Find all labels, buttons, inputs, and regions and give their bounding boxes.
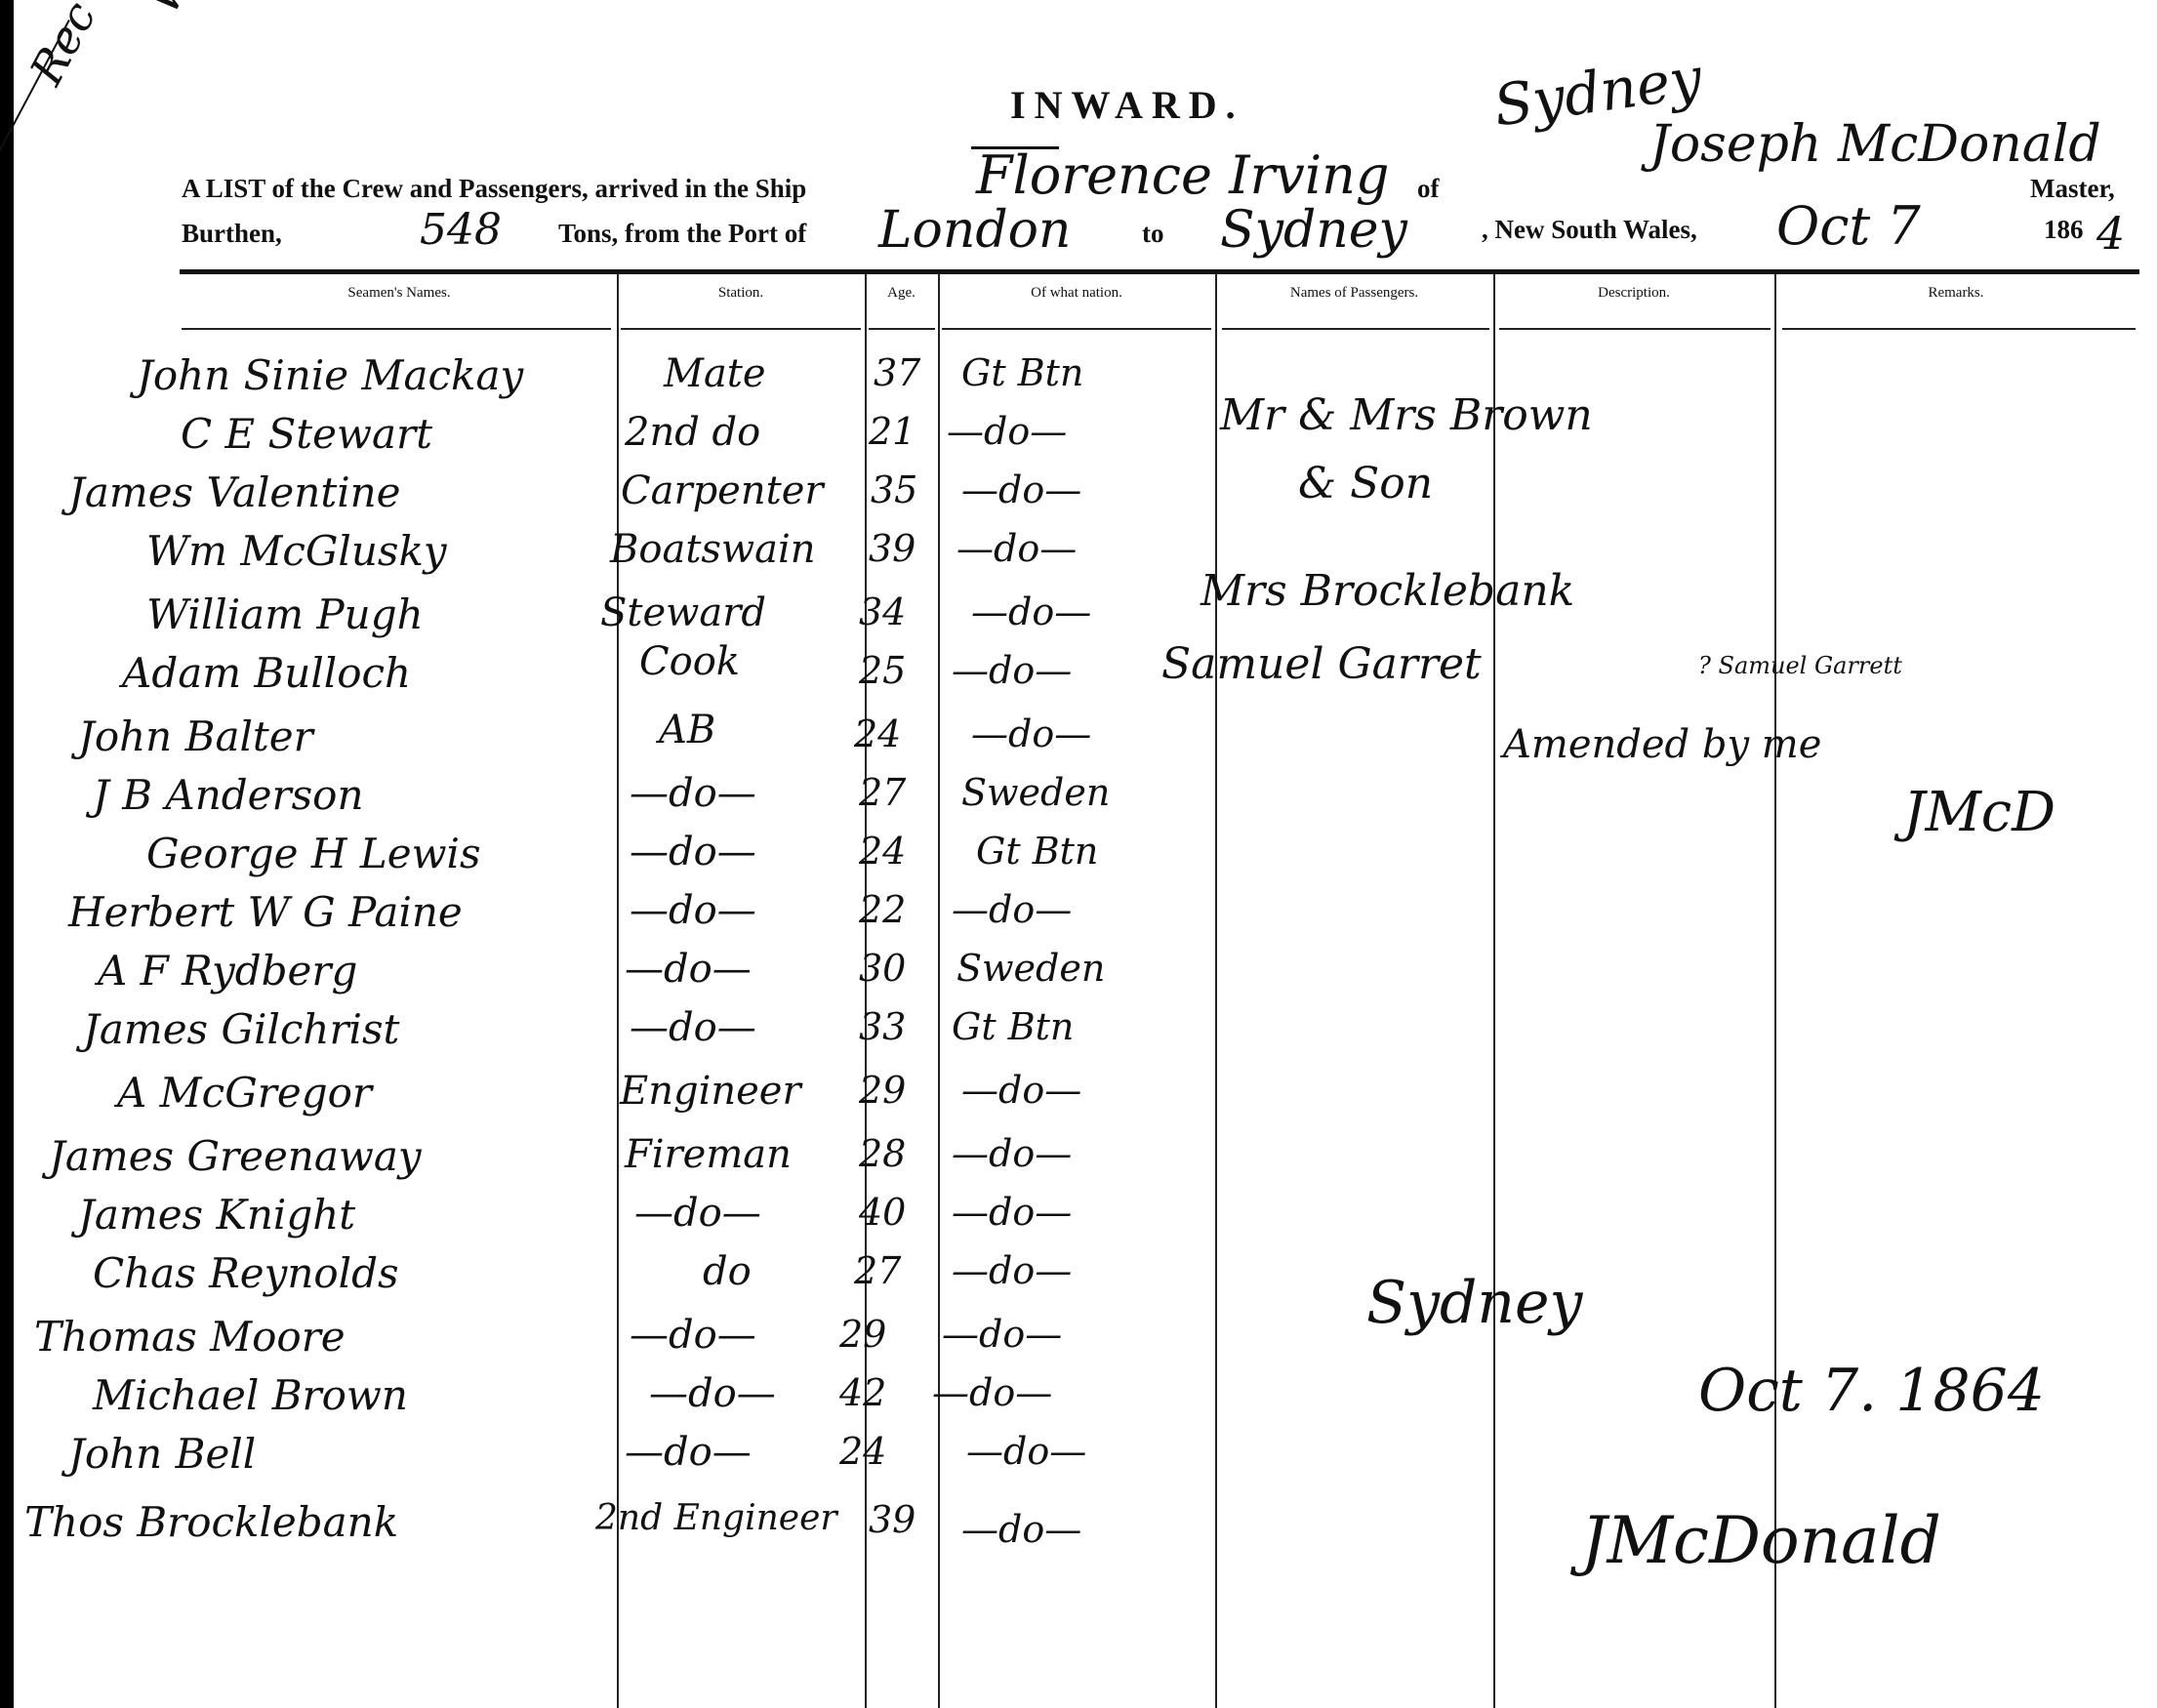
seaman-station: —do— <box>630 771 756 816</box>
signing-place: Sydney <box>1366 1269 1582 1337</box>
burthen-label: Burthen, <box>182 219 282 249</box>
column-divider <box>1215 273 1217 1708</box>
seaman-age: 27 <box>854 1249 901 1292</box>
seaman-name: George H Lewis <box>146 830 481 877</box>
seaman-station: Mate <box>664 351 766 396</box>
master-label: Master, <box>2030 174 2115 204</box>
seaman-name: C E Stewart <box>181 410 432 458</box>
seaman-name: John Bell <box>68 1430 256 1478</box>
column-header-passengers: Names of Passengers. <box>1215 285 1493 302</box>
seaman-name: Adam Bulloch <box>122 649 411 697</box>
column-header-station: Station. <box>617 285 865 302</box>
seaman-name: James Greenaway <box>49 1132 422 1180</box>
seaman-nation: —do— <box>952 888 1072 931</box>
seaman-nation: —do— <box>971 590 1091 633</box>
seaman-station: 2nd do <box>625 410 760 455</box>
seaman-nation: Gt Btn <box>952 1005 1074 1048</box>
seaman-nation: —do— <box>966 1430 1086 1473</box>
seaman-station: Fireman <box>625 1132 792 1177</box>
seaman-name: John Balter <box>78 712 313 760</box>
seaman-age: 39 <box>869 1498 916 1541</box>
seaman-nation: —do— <box>932 1371 1052 1414</box>
seaman-name: Herbert W G Paine <box>68 888 463 936</box>
column-divider <box>617 273 619 1708</box>
column-divider <box>938 273 940 1708</box>
passenger-name: Mr & Mrs Brown <box>1220 390 1593 440</box>
seaman-age: 42 <box>839 1371 886 1414</box>
seaman-name: William Pugh <box>146 590 424 638</box>
scan-edge <box>0 0 14 1708</box>
column-divider <box>1493 273 1495 1708</box>
seaman-name: Chas Reynolds <box>93 1249 399 1297</box>
seaman-age: 29 <box>859 1069 906 1112</box>
from-port: London <box>878 201 1071 260</box>
seaman-nation: —do— <box>952 649 1072 692</box>
seaman-nation: Gt Btn <box>961 351 1083 394</box>
remark-correction: ? Samuel Garrett <box>1698 652 1902 679</box>
column-header-seamen: Seamen's Names. <box>182 285 617 302</box>
ship-name: Florence Irving <box>976 144 1389 206</box>
seaman-name: James Gilchrist <box>83 1005 399 1053</box>
column-header-age: Age. <box>865 285 938 302</box>
seaman-station: 2nd Engineer <box>595 1498 837 1538</box>
to-port: Sydney <box>1220 201 1407 260</box>
seaman-nation: Sweden <box>956 947 1105 990</box>
seaman-age: 24 <box>854 712 901 755</box>
header-underline <box>621 328 861 330</box>
seaman-nation: —do— <box>961 1508 1081 1551</box>
column-header-remarks: Remarks. <box>1774 285 2137 302</box>
list-heading-prefix: A LIST of the Crew and Passengers, arriv… <box>182 174 806 204</box>
seaman-age: 28 <box>859 1132 906 1175</box>
header-underline <box>1499 328 1770 330</box>
seaman-age: 33 <box>859 1005 906 1048</box>
seaman-station: AB <box>659 708 715 752</box>
arrival-date: Oct 7 <box>1776 195 1921 257</box>
seaman-station: —do— <box>625 1430 752 1475</box>
seaman-nation: —do— <box>942 1313 1062 1356</box>
column-header-description: Description. <box>1493 285 1774 302</box>
to-label: to <box>1142 219 1164 249</box>
master-signature: JMcDonald <box>1581 1503 1941 1578</box>
seaman-station: —do— <box>634 1191 761 1236</box>
seaman-age: 39 <box>869 527 916 570</box>
seaman-nation: —do— <box>956 527 1077 570</box>
seaman-name: Thomas Moore <box>34 1313 346 1361</box>
seaman-station: —do— <box>630 830 756 874</box>
seaman-name: Wm McGlusky <box>146 527 447 575</box>
seaman-name: Michael Brown <box>93 1371 408 1419</box>
seaman-station: Engineer <box>620 1069 801 1114</box>
passenger-name: & Son <box>1298 459 1433 508</box>
signing-date: Oct 7. 1864 <box>1698 1357 2045 1425</box>
document-title: INWARD. <box>1010 82 1244 128</box>
seaman-station: Steward <box>600 590 766 635</box>
seaman-age: 27 <box>859 771 906 814</box>
seaman-name: James Valentine <box>68 468 401 516</box>
seaman-age: 24 <box>859 830 906 873</box>
seaman-nation: —do— <box>952 1191 1072 1234</box>
margin-note-initials: WB <box>135 0 222 22</box>
seaman-station: —do— <box>630 888 756 933</box>
seaman-station: —do— <box>625 947 752 992</box>
seaman-nation: —do— <box>961 468 1081 511</box>
seaman-station: Carpenter <box>621 468 823 513</box>
remark-amended: Amended by me <box>1503 722 1821 767</box>
year-suffix: 4 <box>2096 207 2125 260</box>
seaman-age: 34 <box>859 590 906 633</box>
seaman-age: 29 <box>839 1313 886 1356</box>
seaman-name: J B Anderson <box>93 771 364 819</box>
seaman-name: John Sinie Mackay <box>137 351 523 399</box>
seaman-station: —do— <box>630 1313 756 1358</box>
remark-initials: JMcD <box>1903 781 2055 844</box>
of-label: of <box>1417 174 1440 204</box>
margin-note-reference: Rec'd 7-10 <box>20 0 180 93</box>
seaman-nation: —do— <box>961 1069 1081 1112</box>
column-divider <box>1774 273 1776 1708</box>
seaman-age: 24 <box>839 1430 886 1473</box>
seaman-nation: Sweden <box>961 771 1110 814</box>
seaman-name: James Knight <box>78 1191 355 1239</box>
seaman-name: A F Rydberg <box>98 947 357 995</box>
master-name: Joseph McDonald <box>1649 115 2101 174</box>
nsw-label: , New South Wales, <box>1482 215 1697 245</box>
seaman-station: do <box>703 1249 752 1294</box>
seaman-name: Thos Brocklebank <box>24 1498 398 1546</box>
seaman-nation: —do— <box>952 1249 1072 1292</box>
column-header-nation: Of what nation. <box>938 285 1215 302</box>
seaman-age: 21 <box>869 410 916 453</box>
seaman-station: Boatswain <box>610 527 816 572</box>
seaman-station: Cook <box>639 639 740 684</box>
seaman-name: A McGregor <box>117 1069 372 1117</box>
passenger-name: Mrs Brocklebank <box>1201 566 1574 616</box>
header-underline <box>1782 328 2136 330</box>
seaman-age: 30 <box>859 947 906 990</box>
tons-label: Tons, from the Port of <box>558 219 806 249</box>
seaman-age: 22 <box>859 888 906 931</box>
seaman-nation: Gt Btn <box>976 830 1098 873</box>
header-underline <box>942 328 1211 330</box>
seaman-station: —do— <box>630 1005 756 1050</box>
header-underline <box>182 328 611 330</box>
seaman-age: 40 <box>859 1191 906 1234</box>
passenger-name: Samuel Garret <box>1161 639 1482 689</box>
seaman-nation: —do— <box>952 1132 1072 1175</box>
seaman-age: 37 <box>874 351 920 394</box>
seaman-age: 25 <box>859 649 906 692</box>
year-prefix: 186 <box>2044 215 2084 245</box>
header-underline <box>869 328 935 330</box>
header-rule <box>180 269 2139 274</box>
seaman-station: —do— <box>649 1371 776 1416</box>
seaman-nation: —do— <box>971 712 1091 755</box>
column-divider <box>865 273 867 1708</box>
tons-value: 548 <box>420 205 502 255</box>
seaman-nation: —do— <box>947 410 1067 453</box>
header-underline <box>1222 328 1489 330</box>
seaman-age: 35 <box>871 468 917 511</box>
